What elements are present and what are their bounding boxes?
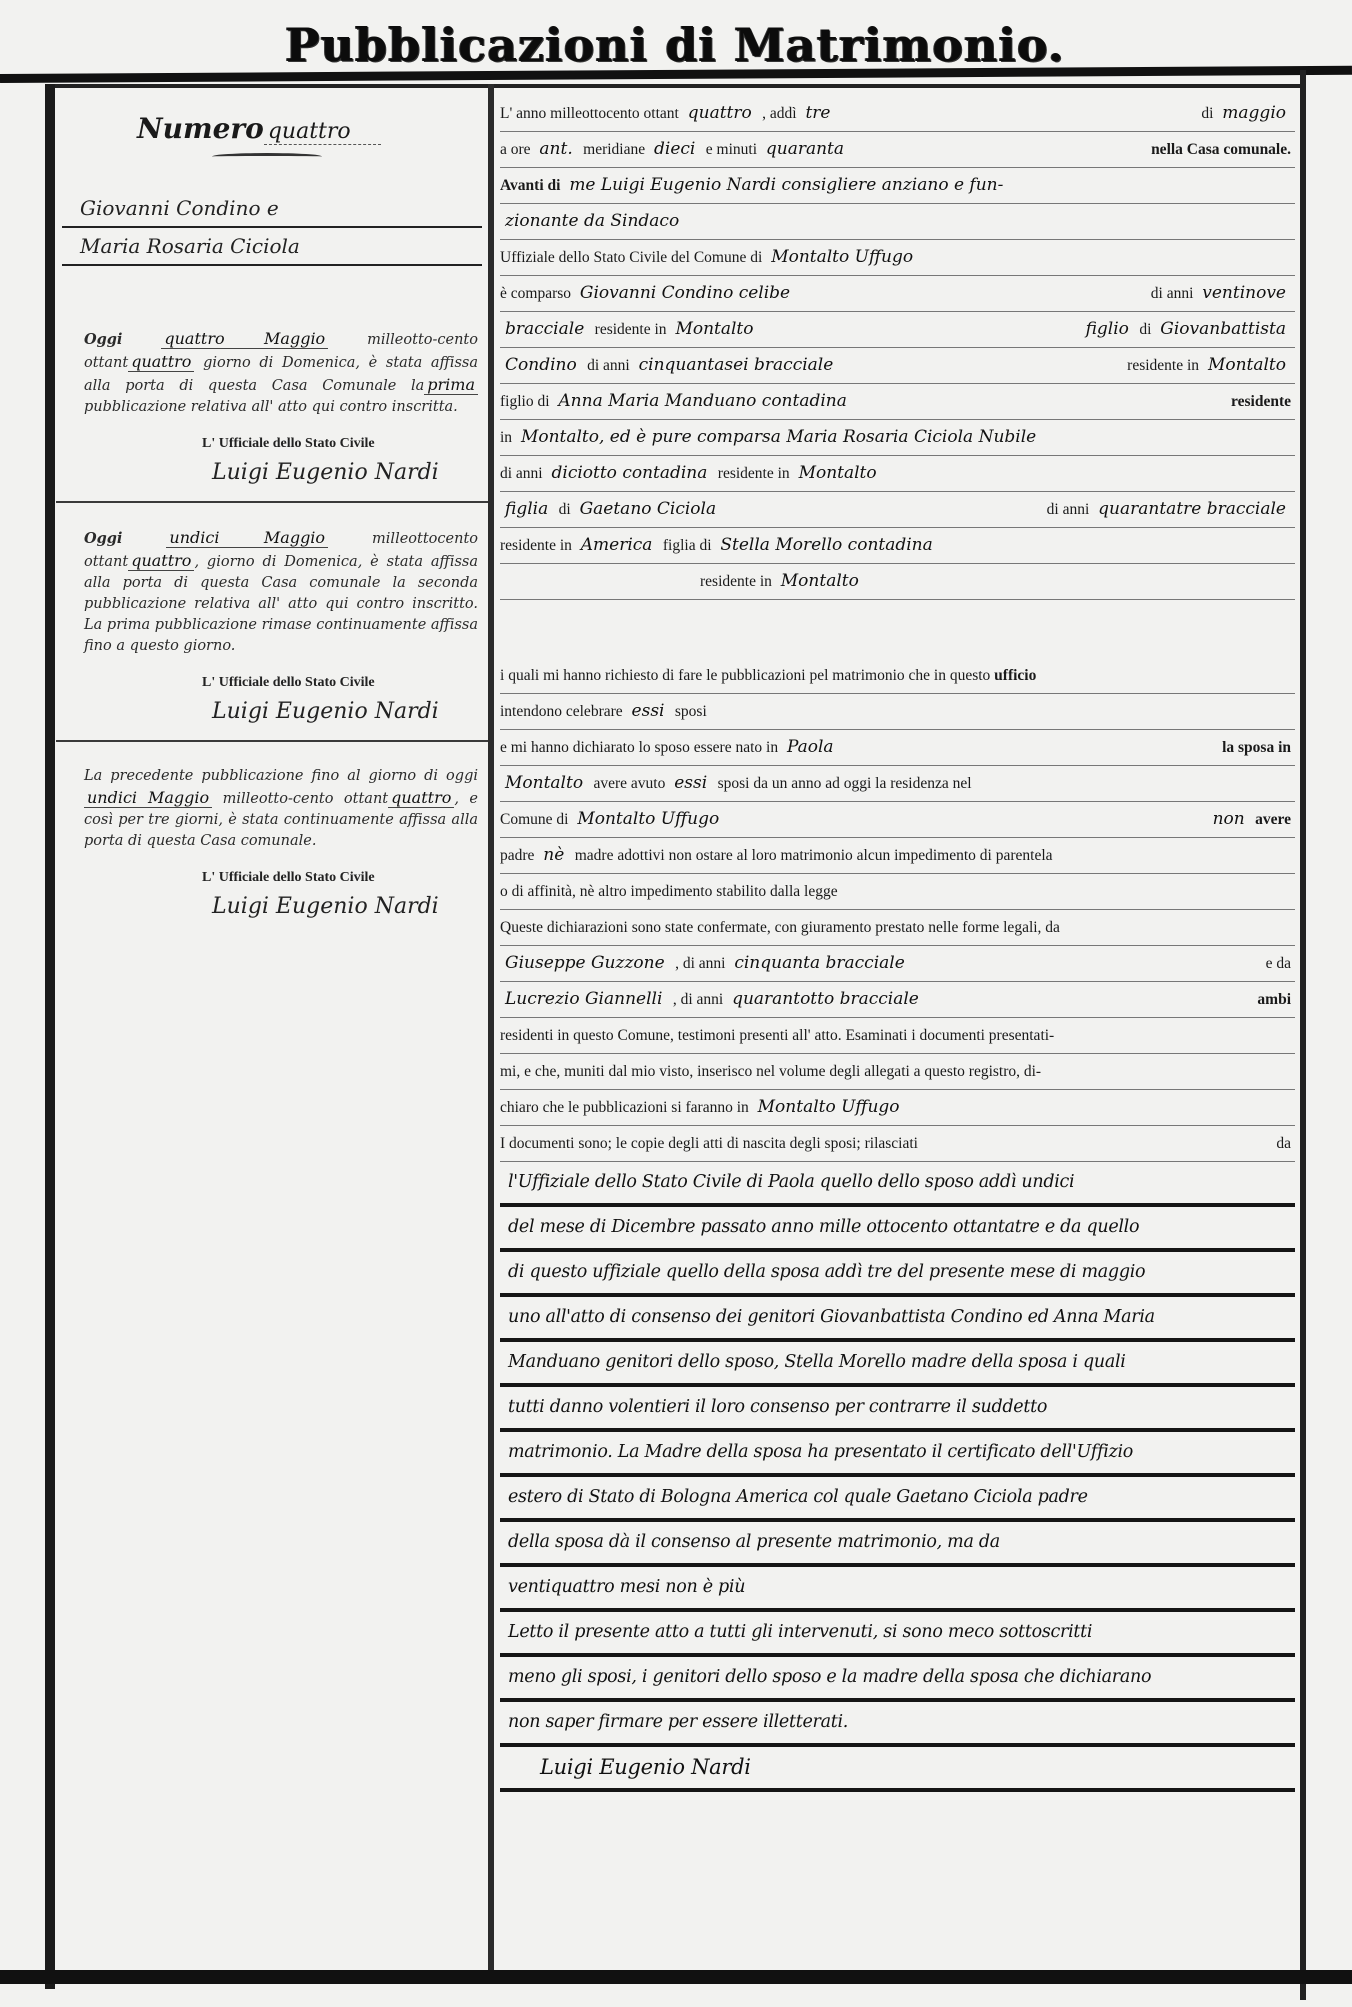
- first-pub-date: quattro Maggio: [161, 329, 328, 349]
- handwritten-line: ventiquattro mesi non è più: [500, 1567, 1295, 1612]
- printed-text: o di affinità, nè altro impedimento stab…: [500, 883, 838, 900]
- printed-text: la sposa in: [1222, 739, 1291, 756]
- printed-text: residente in: [718, 465, 794, 482]
- first-pub-year: quattro: [128, 352, 194, 372]
- line-end-text: nella Casa comunale.: [1151, 132, 1291, 167]
- record-line: bracciale residente in Montalto figlio d…: [500, 312, 1295, 348]
- record-header-lines: L' anno milleottocento ottant quattro , …: [500, 96, 1295, 600]
- line-end-text: residente in Montalto: [1127, 348, 1291, 383]
- printed-text: mi, e che, muniti dal mio visto, inseris…: [500, 1063, 1041, 1080]
- printed-text: figlio di: [500, 393, 553, 410]
- handwritten-entry: Montalto Uffugo: [766, 247, 918, 267]
- officer-label: L' Ufficiale dello Stato Civile: [202, 675, 482, 691]
- left-column: Numeroquattro Giovanni Condino e Maria R…: [62, 90, 482, 919]
- record-number: Numeroquattro: [137, 112, 482, 145]
- record-line: Avanti di me Luigi Eugenio Nardi consigl…: [500, 168, 1295, 204]
- handwritten-entry: nè: [538, 845, 574, 865]
- handwritten-entry: non: [1208, 809, 1256, 829]
- record-line: Comune di Montalto Uffugo non avere: [500, 802, 1295, 838]
- handwritten-entry: Giuseppe Guzzone: [500, 953, 675, 973]
- officer-label: L' Ufficiale dello Stato Civile: [202, 436, 482, 452]
- record-line: i quali mi hanno richiesto di fare le pu…: [500, 658, 1295, 694]
- printed-text: residente in: [595, 321, 671, 338]
- handwritten-notes: l'Uffiziale dello Stato Civile di Paola …: [500, 1162, 1295, 1747]
- printed-text: e mi hanno dichiarato lo sposo essere na…: [500, 739, 782, 756]
- record-line: di anni diciotto contadina residente in …: [500, 456, 1295, 492]
- handwritten-line: estero di Stato di Bologna America col q…: [500, 1477, 1295, 1522]
- printed-text: figlia di: [663, 537, 716, 554]
- handwritten-line: uno all'atto di consenso dei genitori Gi…: [500, 1297, 1295, 1342]
- printed-text: residente in: [500, 537, 576, 554]
- printed-text: residente in: [700, 573, 776, 590]
- officer-signature: Luigi Eugenio Nardi: [212, 699, 482, 724]
- officer-signature: Luigi Eugenio Nardi: [212, 894, 482, 919]
- record-line: in Montalto, ed è pure comparsa Maria Ro…: [500, 420, 1295, 456]
- printed-text: , addì: [762, 105, 800, 122]
- line-end-text: e da: [1266, 946, 1291, 981]
- document-title: Pubblicazioni di Matrimonio.: [285, 18, 1105, 72]
- record-line: chiaro che le pubblicazioni si faranno i…: [500, 1090, 1295, 1126]
- line-end-text: residente: [1231, 384, 1291, 419]
- printed-text: avere avuto: [593, 775, 669, 792]
- record-line: Queste dichiarazioni sono state conferma…: [500, 910, 1295, 946]
- final-note-text-2: milleotto-cento ottant: [223, 791, 389, 807]
- record-line: Giuseppe Guzzone , di anni cinquanta bra…: [500, 946, 1295, 982]
- record-line: intendono celebrare essi sposi: [500, 694, 1295, 730]
- second-publication: Oggi undici Maggio milleottocento ottant…: [62, 527, 482, 657]
- printed-text: quali: [508, 667, 543, 684]
- bride-name: Maria Rosaria Ciciola: [62, 228, 482, 266]
- groom-name: Giovanni Condino e: [62, 190, 482, 228]
- final-note-date: undici Maggio: [84, 788, 212, 808]
- record-line: residenti in questo Comune, testimoni pr…: [500, 1018, 1295, 1054]
- printed-text: di anni: [1151, 285, 1198, 302]
- printed-text: , di anni: [675, 955, 729, 972]
- printed-text: L' anno milleottocento ottant: [500, 105, 683, 122]
- printed-text: residenti in questo Comune, testimoni pr…: [500, 1027, 1054, 1044]
- column-divider: [488, 84, 494, 1984]
- printed-text: da un anno ad oggi la residenza nel: [753, 775, 971, 792]
- handwritten-entry: essi: [669, 773, 717, 793]
- line-end-text: di anni quarantatre bracciale: [1047, 492, 1291, 527]
- handwritten-entry: Giovanbattista: [1155, 319, 1291, 339]
- handwritten-entry: ventinove: [1197, 283, 1291, 303]
- record-line: residente in Montalto: [500, 564, 1295, 600]
- printed-text: nella Casa comunale.: [1151, 141, 1291, 158]
- officer-label: L' Ufficiale dello Stato Civile: [202, 870, 482, 886]
- handwritten-entry: Montalto: [794, 463, 882, 483]
- record-line: o di affinità, nè altro impedimento stab…: [500, 874, 1295, 910]
- printed-text: sposi: [718, 775, 754, 792]
- handwritten-line: di questo uffiziale quello della sposa a…: [500, 1252, 1295, 1297]
- handwritten-entry: bracciale: [500, 319, 595, 339]
- first-publication: Oggi quattro Maggio milleotto-cento otta…: [62, 328, 482, 418]
- printed-text: e minuti: [706, 141, 761, 158]
- printed-text: chiaro che le pubblicazioni si faranno i…: [500, 1099, 753, 1116]
- printed-text: e da: [1266, 955, 1291, 972]
- handwritten-entry: quarantatre bracciale: [1093, 499, 1291, 519]
- printed-text: di: [1201, 105, 1217, 122]
- printed-text: Avanti di: [500, 177, 564, 194]
- handwritten-entry: diciotto contadina: [547, 463, 718, 483]
- right-column: L' anno milleottocento ottant quattro , …: [500, 96, 1295, 1792]
- handwritten-line: non saper firmare per essere illetterati…: [500, 1702, 1295, 1747]
- handwritten-entry: Montalto Uffugo: [572, 809, 724, 829]
- printed-text: residente: [1231, 393, 1291, 410]
- printed-text: I documenti sono; le copie degli atti di…: [500, 1135, 918, 1152]
- line-end-text: di anni ventinove: [1151, 276, 1291, 311]
- printed-text: ambi: [1257, 991, 1291, 1008]
- handwritten-entry: quattro: [683, 103, 762, 123]
- handwritten-entry: Gaetano Ciciola: [575, 499, 722, 519]
- handwritten-entry: Condino: [500, 355, 587, 375]
- ornament-swash: [212, 153, 322, 160]
- printed-text: meridiane: [583, 141, 649, 158]
- record-line: figlia di Gaetano Ciciola di anni quaran…: [500, 492, 1295, 528]
- officer-signature: Luigi Eugenio Nardi: [212, 460, 482, 485]
- printed-text: intendono celebrare: [500, 703, 627, 720]
- handwritten-entry: Montalto: [500, 773, 593, 793]
- handwritten-line: Letto il presente atto a tutti gli inter…: [500, 1612, 1295, 1657]
- printed-text: Comune di: [500, 811, 572, 828]
- line-end-text: la sposa in: [1222, 730, 1291, 765]
- record-line: a ore ant. meridiane dieci e minuti quar…: [500, 132, 1295, 168]
- final-note-text-1: La precedente pubblicazione fino al gior…: [84, 768, 478, 784]
- final-note-year: quattro: [388, 788, 454, 808]
- handwritten-line: Manduano genitori dello sposo, Stella Mo…: [500, 1342, 1295, 1387]
- printed-text: padre: [500, 847, 538, 864]
- printed-text: i: [500, 667, 508, 684]
- oggi-label: Oggi: [84, 331, 122, 348]
- handwritten-entry: Montalto Uffugo: [753, 1097, 905, 1117]
- handwritten-entry: quaranta: [761, 139, 849, 159]
- handwritten-entry: maggio: [1217, 103, 1291, 123]
- record-declaration-lines: i quali mi hanno richiesto di fare le pu…: [500, 658, 1295, 1162]
- handwritten-entry: ant.: [534, 139, 583, 159]
- printed-text: sposi: [675, 703, 707, 720]
- frame-left: [45, 84, 55, 1989]
- handwritten-entry: America: [576, 535, 663, 555]
- printed-text: in: [500, 429, 516, 446]
- printed-text: a ore: [500, 141, 534, 158]
- line-end-text: di maggio: [1201, 96, 1291, 131]
- record-line: Montalto avere avuto essi sposi da un an…: [500, 766, 1295, 802]
- record-line: padre nè madre adottivi non ostare al lo…: [500, 838, 1295, 874]
- handwritten-entry: tre: [800, 103, 835, 123]
- record-line: è comparso Giovanni Condino celibe di an…: [500, 276, 1295, 312]
- line-end-text: da: [1276, 1126, 1291, 1161]
- line-end-text: ambi: [1257, 982, 1291, 1017]
- printed-text: da: [1276, 1135, 1291, 1152]
- oggi-label: Oggi: [84, 530, 122, 547]
- handwritten-entry: me Luigi Eugenio Nardi consigliere anzia…: [564, 175, 1008, 195]
- printed-text: di: [559, 501, 575, 518]
- printed-text: residente in: [1127, 357, 1203, 374]
- handwritten-entry: Paola: [782, 737, 839, 757]
- second-pub-date: undici Maggio: [166, 528, 328, 548]
- first-pub-text-3: pubblicazione relativa all' atto qui con…: [84, 399, 458, 415]
- handwritten-entry: Montalto: [1203, 355, 1291, 375]
- handwritten-entry: quarantotto bracciale: [727, 989, 924, 1009]
- handwritten-entry: cinquantasei bracciale: [634, 355, 839, 375]
- handwritten-entry: Montalto: [776, 571, 864, 591]
- record-line: mi, e che, muniti dal mio visto, inseris…: [500, 1054, 1295, 1090]
- second-pub-year: quattro: [128, 551, 194, 571]
- final-publication-note: La precedente pubblicazione fino al gior…: [62, 766, 482, 852]
- record-line: e mi hanno dichiarato lo sposo essere na…: [500, 730, 1295, 766]
- frame-bottom: [0, 1970, 1352, 1984]
- printed-text: non ostare al loro matrimonio alcun impe…: [669, 847, 1053, 864]
- handwritten-entry: figlio: [1081, 319, 1140, 339]
- record-line: Lucrezio Giannelli , di anni quarantotto…: [500, 982, 1295, 1018]
- printed-text: avere: [1255, 811, 1291, 828]
- printed-text: , di anni: [673, 991, 727, 1008]
- record-line: L' anno milleottocento ottant quattro , …: [500, 96, 1295, 132]
- handwritten-entry: zionante da Sindaco: [500, 211, 684, 231]
- record-line: I documenti sono; le copie degli atti di…: [500, 1126, 1295, 1162]
- handwritten-entry: Montalto, ed è pure comparsa Maria Rosar…: [516, 427, 1041, 447]
- printed-text: mi hanno richiesto di fare le pubblicazi…: [543, 667, 994, 684]
- printed-text: di anni: [587, 357, 634, 374]
- printed-text: Queste dichiarazioni sono state conferma…: [500, 919, 1060, 936]
- handwritten-entry: Giovanni Condino celibe: [575, 283, 795, 303]
- record-line: figlio di Anna Maria Manduano contadina …: [500, 384, 1295, 420]
- record-line: residente in America figlia di Stella Mo…: [500, 528, 1295, 564]
- handwritten-entry: Stella Morello contadina: [715, 535, 937, 555]
- handwritten-line: matrimonio. La Madre della sposa ha pres…: [500, 1432, 1295, 1477]
- handwritten-line: tutti danno volentieri il loro consenso …: [500, 1387, 1295, 1432]
- handwritten-entry: Montalto: [670, 319, 758, 339]
- printed-text: di: [1139, 321, 1155, 338]
- handwritten-entry: dieci: [649, 139, 706, 159]
- printed-text: madre adottivi: [575, 847, 669, 864]
- record-line: Uffiziale dello Stato Civile del Comune …: [500, 240, 1295, 276]
- handwritten-line: meno gli sposi, i genitori dello sposo e…: [500, 1657, 1295, 1702]
- numero-value: quattro: [264, 119, 381, 145]
- line-end-text: non avere: [1208, 802, 1291, 837]
- frame-right: [1300, 70, 1306, 2000]
- handwritten-entry: figlia: [500, 499, 559, 519]
- printed-text: Uffiziale dello Stato Civile del Comune …: [500, 249, 766, 266]
- printed-text: di anni: [500, 465, 547, 482]
- handwritten-entry: essi: [627, 701, 675, 721]
- handwritten-entry: Anna Maria Manduano contadina: [553, 391, 851, 411]
- frame-top: [45, 84, 1305, 88]
- printed-text: di anni: [1047, 501, 1094, 518]
- handwritten-line: l'Uffiziale dello Stato Civile di Paola …: [500, 1162, 1295, 1207]
- numero-label: Numero: [137, 112, 264, 145]
- handwritten-line: del mese di Dicembre passato anno mille …: [500, 1207, 1295, 1252]
- handwritten-entry: cinquanta bracciale: [729, 953, 909, 973]
- printed-text: è comparso: [500, 285, 575, 302]
- record-line: zionante da Sindaco: [500, 204, 1295, 240]
- line-end-text: figlio di Giovanbattista: [1081, 312, 1291, 347]
- first-pub-ordinal: prima: [424, 375, 478, 395]
- handwritten-line: della sposa dà il consenso al presente m…: [500, 1522, 1295, 1567]
- handwritten-entry: Lucrezio Giannelli: [500, 989, 673, 1009]
- record-line: Condino di anni cinquantasei bracciale r…: [500, 348, 1295, 384]
- closing-signature: Luigi Eugenio Nardi: [500, 1747, 1295, 1792]
- printed-text: ufficio: [994, 667, 1036, 684]
